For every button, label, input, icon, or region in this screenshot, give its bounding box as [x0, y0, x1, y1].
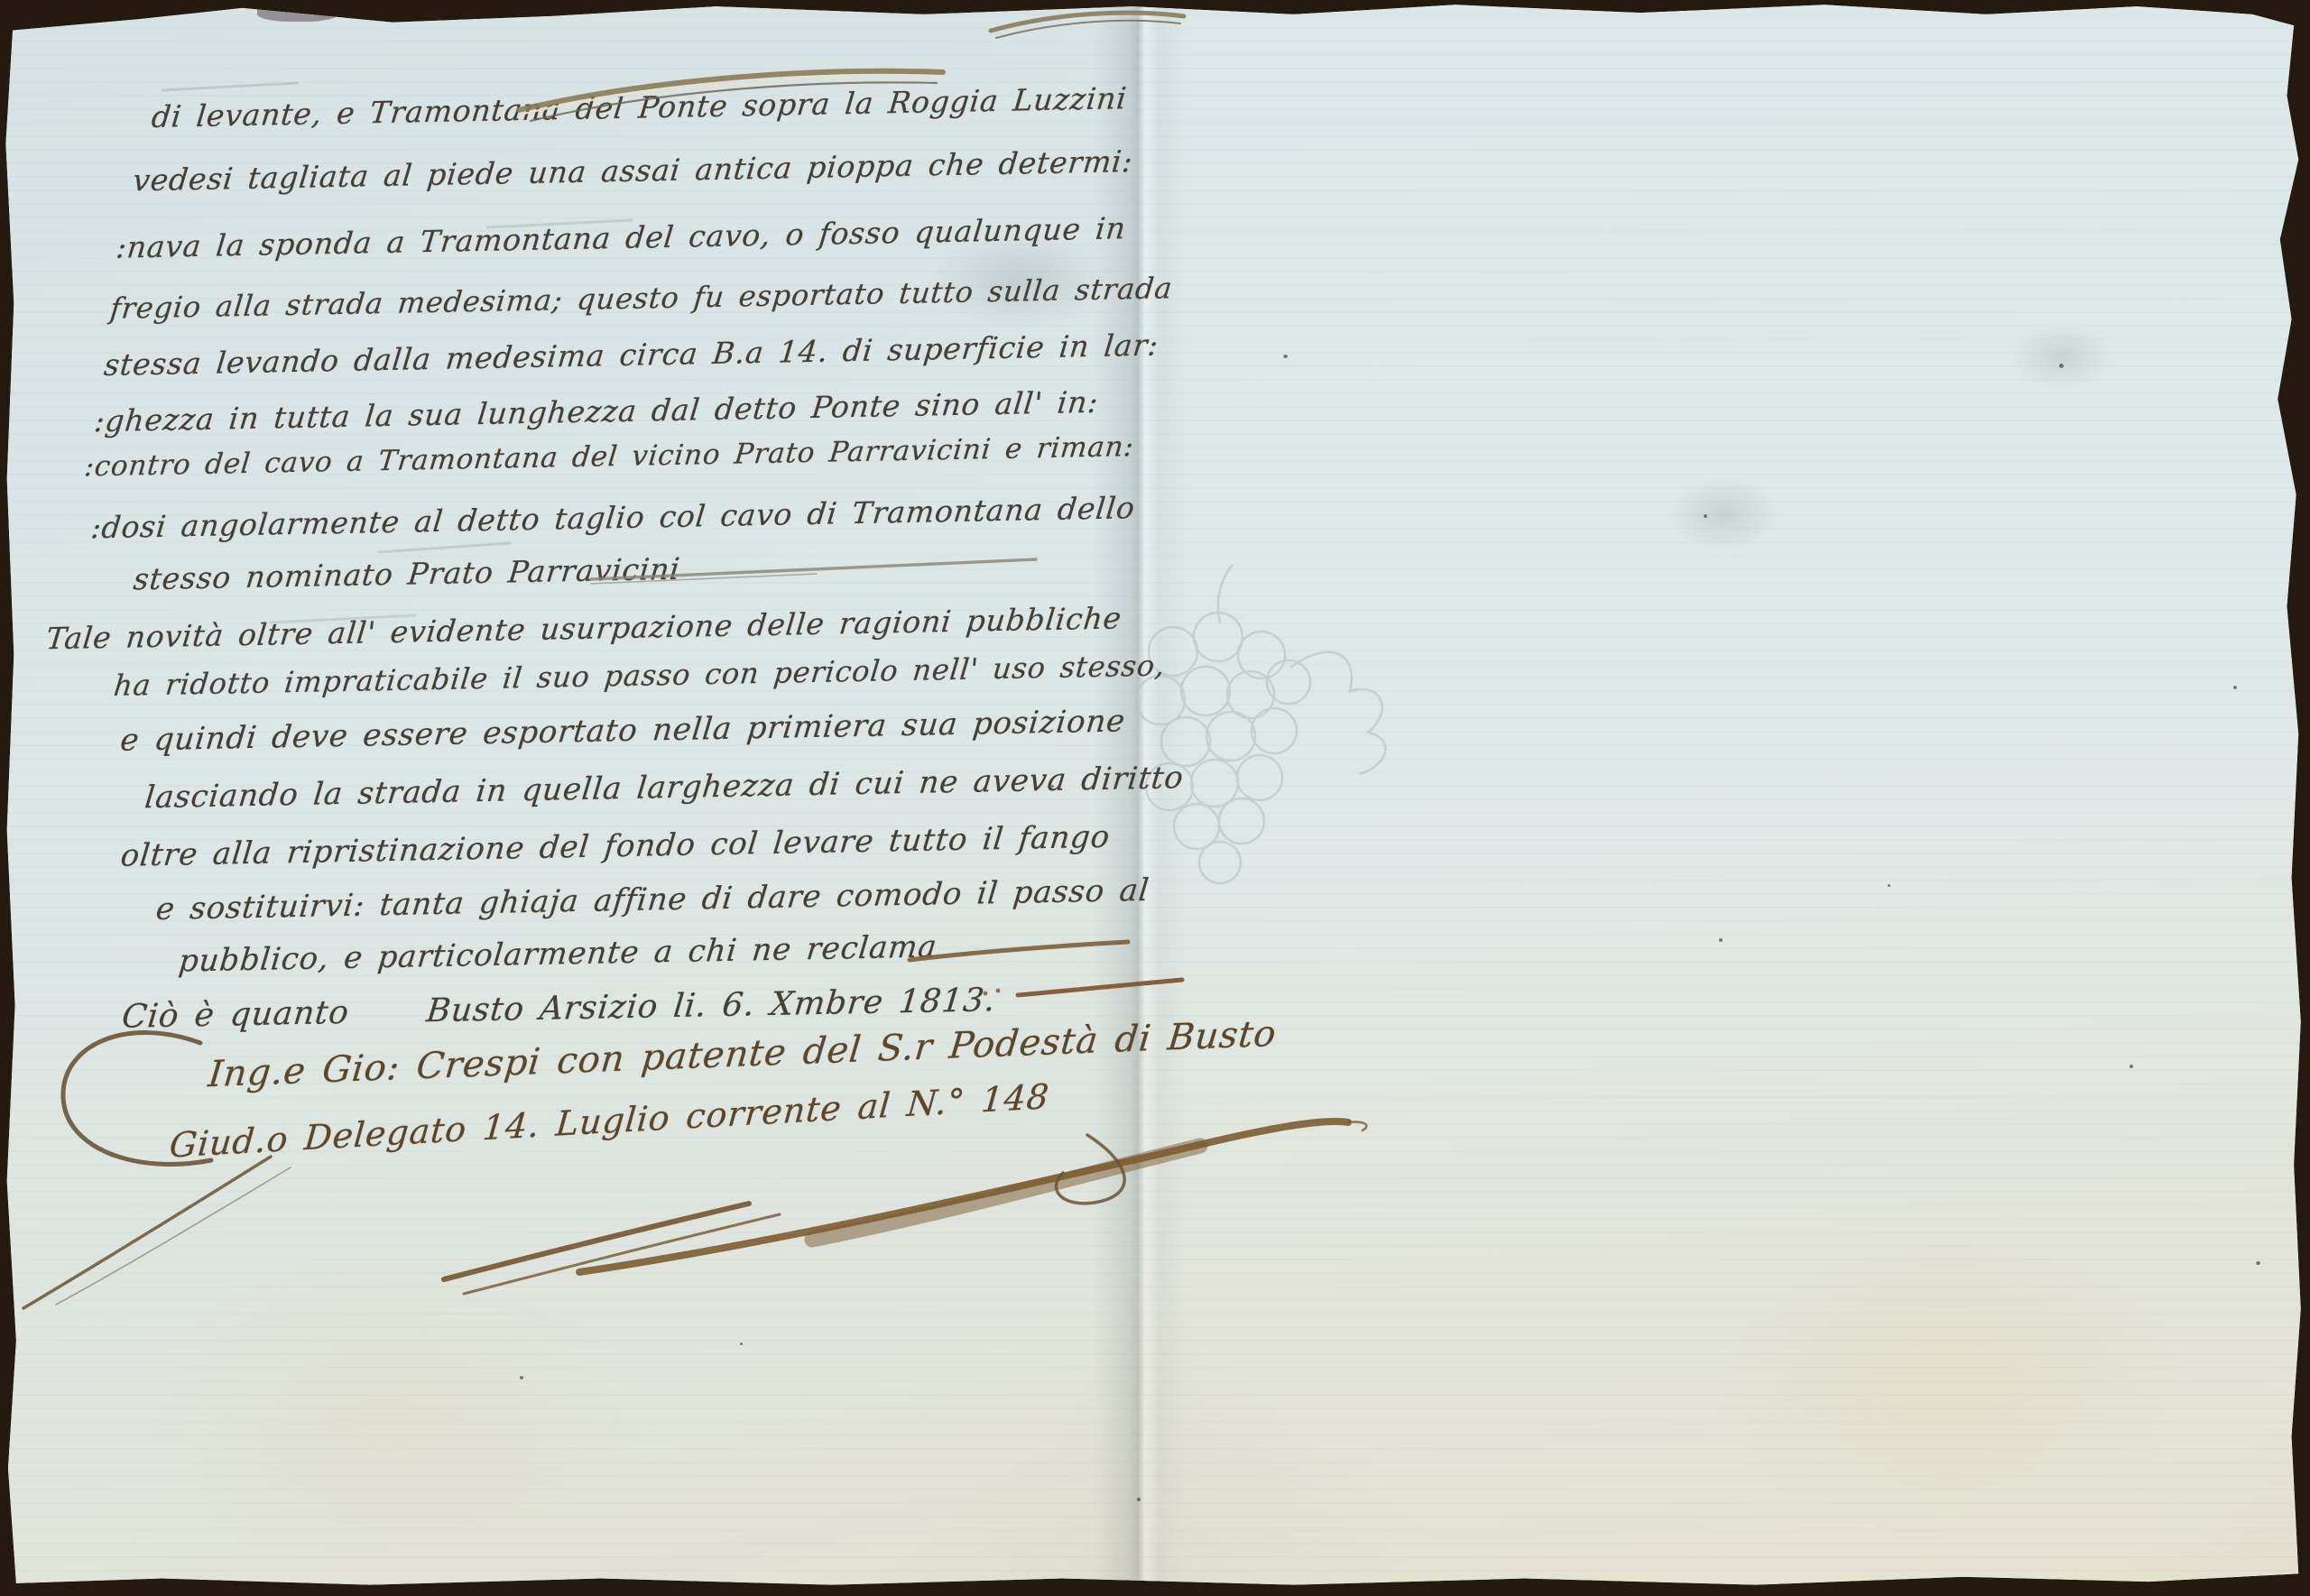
ink-speck — [1704, 514, 1707, 518]
manuscript-line: di levante, e Tramontana del Ponte sopra… — [150, 80, 1129, 134]
ink-speck — [2256, 1261, 2260, 1265]
ink-speck — [520, 1376, 523, 1379]
manuscript-line: oltre alla ripristinazione del fondo col… — [119, 819, 1112, 874]
ink-speck — [1888, 884, 1890, 887]
dateline: Busto Arsizio li. 6. Xmbre 1813. — [425, 982, 998, 1029]
manuscript-line: ha ridotto impraticabile il suo passo co… — [112, 648, 1167, 702]
ink-speck — [1051, 785, 1054, 788]
manuscript-line: :contro del cavo a Tramontana del vicino… — [83, 430, 1136, 483]
manuscript-line: :nava la sponda a Tramontana del cavo, o… — [115, 210, 1128, 265]
right-page-blank — [1139, 0, 2310, 1596]
ink-speck — [1283, 355, 1288, 358]
manuscript-line: :ghezza in tutta la sua lunghezza dal de… — [93, 384, 1101, 438]
manuscript-line: Tale novità oltre all' evidente usurpazi… — [44, 600, 1123, 656]
ink-speck — [1137, 1498, 1141, 1501]
ink-speck — [2233, 686, 2237, 689]
ink-speck — [740, 1342, 743, 1345]
manuscript-line: lasciando la strada in quella larghezza … — [143, 760, 1186, 816]
manuscript-line: stesso nominato Prato Parravicini — [132, 551, 682, 597]
ink-speck — [2059, 364, 2064, 368]
manuscript-line: pubblico, e particolarmente a chi ne rec… — [177, 928, 938, 979]
manuscript-sheet: di levante, e Tramontana del Ponte sopra… — [0, 0, 2310, 1596]
manuscript-line: e quindi deve essere esportato nella pri… — [118, 703, 1127, 758]
closing-gap — [348, 1021, 426, 1023]
ink-speck — [1719, 938, 1723, 942]
photographed-document: di levante, e Tramontana del Ponte sopra… — [0, 0, 2310, 1596]
manuscript-line: e sostituirvi: tanta ghiaja affine di da… — [154, 872, 1151, 927]
manuscript-text: di levante, e Tramontana del Ponte sopra… — [0, 0, 1215, 1354]
manuscript-line: fregio alla strada medesima; questo fu e… — [108, 271, 1174, 326]
closing-line: Ciò è quantoBusto Arsizio li. 6. Xmbre 1… — [120, 982, 997, 1036]
manuscript-line: vedesi tagliata al piede una assai antic… — [132, 143, 1135, 198]
ink-speck — [2130, 1065, 2133, 1068]
manuscript-line: stessa levando dalla medesima circa B.a … — [102, 328, 1160, 383]
closing-phrase: Ciò è quanto — [120, 994, 351, 1036]
manuscript-line: :dosi angolarmente al detto taglio col c… — [89, 490, 1137, 545]
